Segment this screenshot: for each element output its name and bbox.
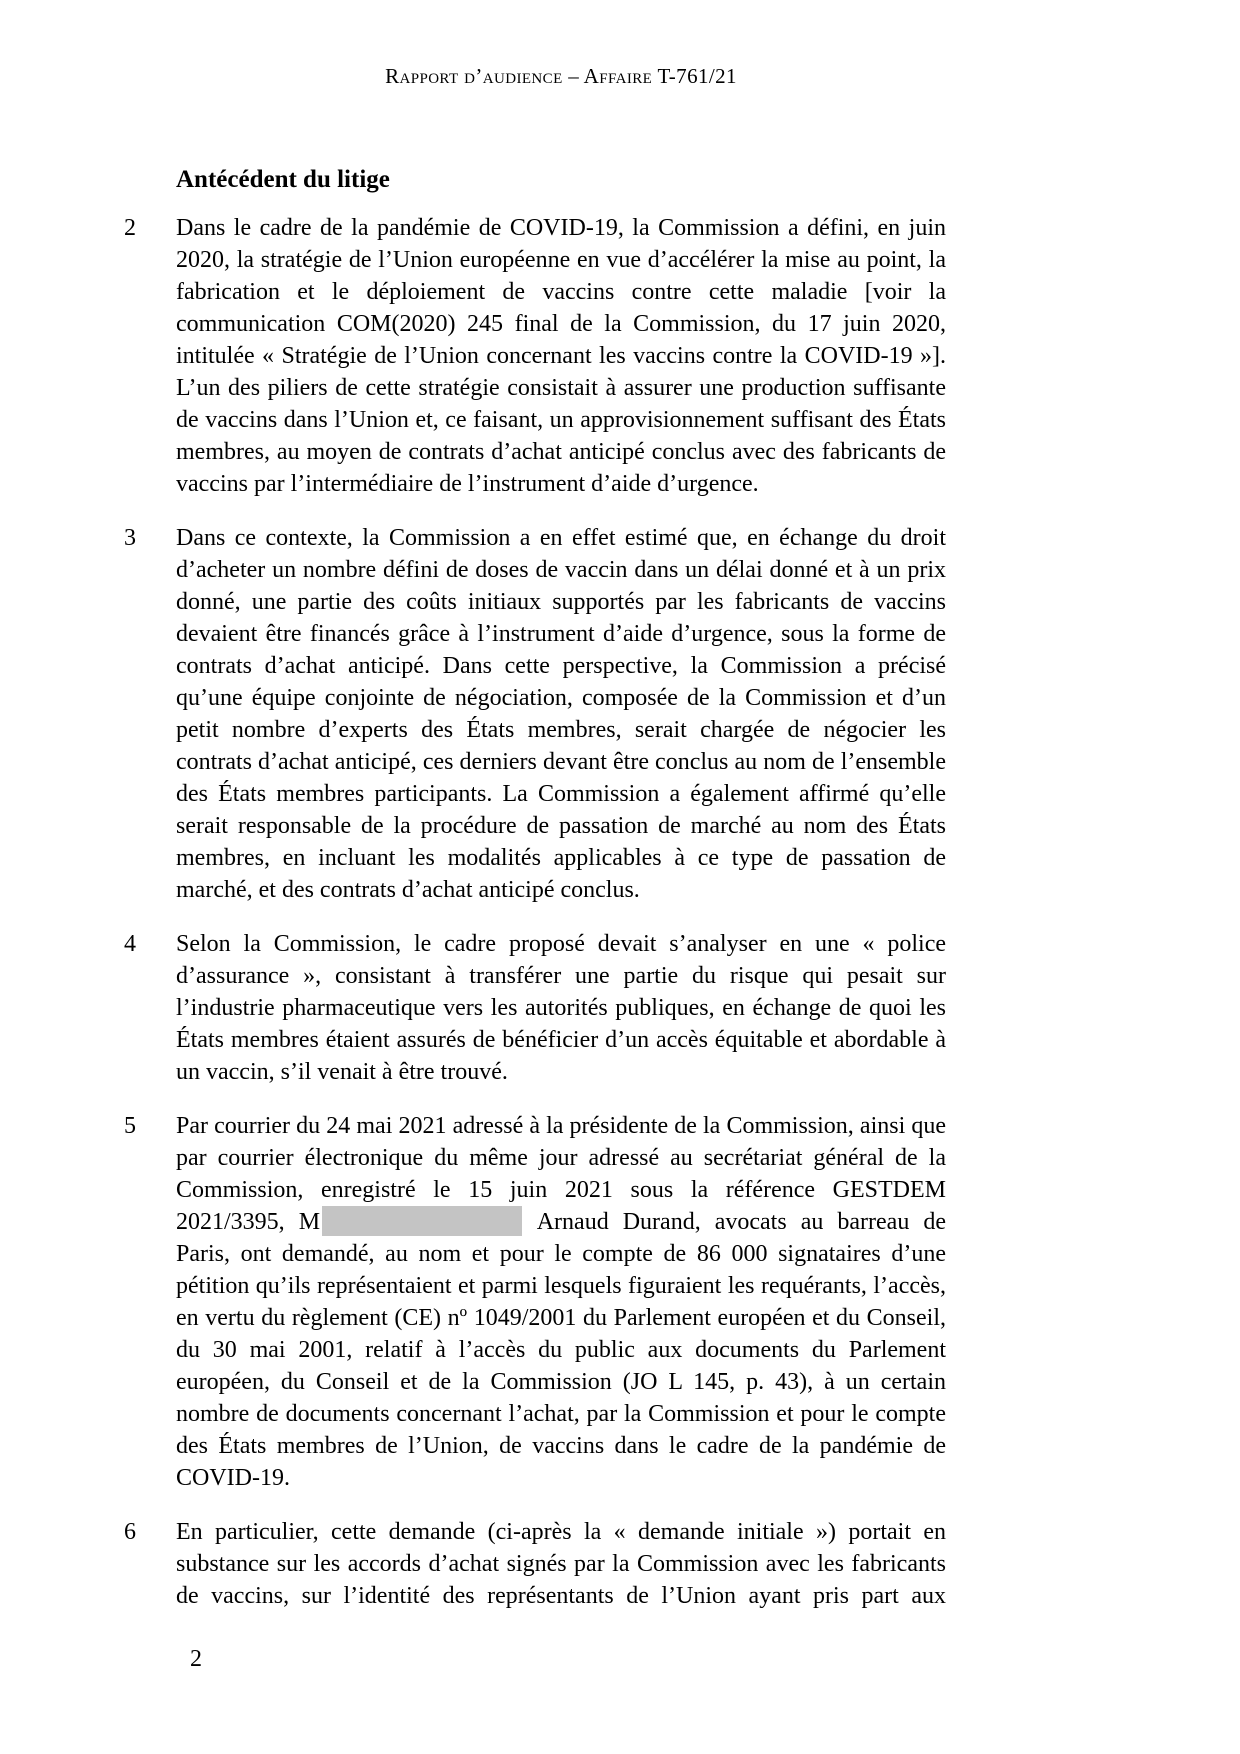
running-header: Rapport d’audience – Affaire T-761/21 bbox=[176, 64, 946, 89]
paragraph-5: 5Par courrier du 24 mai 2021 adressé à l… bbox=[176, 1110, 946, 1494]
document-body: Antécédent du litige 2Dans le cadre de l… bbox=[176, 163, 946, 1634]
section-heading: Antécédent du litige bbox=[176, 163, 946, 196]
paragraph-number: 4 bbox=[124, 928, 136, 960]
document-page: Rapport d’audience – Affaire T-761/21 An… bbox=[0, 0, 1240, 1754]
paragraph-number: 2 bbox=[124, 212, 136, 244]
paragraph-text-after-redaction: Arnaud Durand, avocats au barreau de Par… bbox=[176, 1209, 946, 1491]
paragraph-text: En particulier, cette demande (ci-après … bbox=[176, 1519, 946, 1609]
redaction-box bbox=[322, 1206, 522, 1236]
paragraph-text: Dans le cadre de la pandémie de COVID-19… bbox=[176, 215, 946, 497]
paragraph-6: 6En particulier, cette demande (ci-après… bbox=[176, 1516, 946, 1612]
paragraph-number: 5 bbox=[124, 1110, 136, 1142]
paragraph-number: 3 bbox=[124, 522, 136, 554]
paragraph-2: 2Dans le cadre de la pandémie de COVID-1… bbox=[176, 212, 946, 500]
paragraph-number: 6 bbox=[124, 1516, 136, 1548]
paragraph-text: Dans ce contexte, la Commission a en eff… bbox=[176, 525, 946, 903]
paragraph-4: 4Selon la Commission, le cadre proposé d… bbox=[176, 928, 946, 1088]
paragraph-3: 3Dans ce contexte, la Commission a en ef… bbox=[176, 522, 946, 906]
paragraph-text: Selon la Commission, le cadre proposé de… bbox=[176, 931, 946, 1085]
page-number: 2 bbox=[190, 1646, 202, 1673]
